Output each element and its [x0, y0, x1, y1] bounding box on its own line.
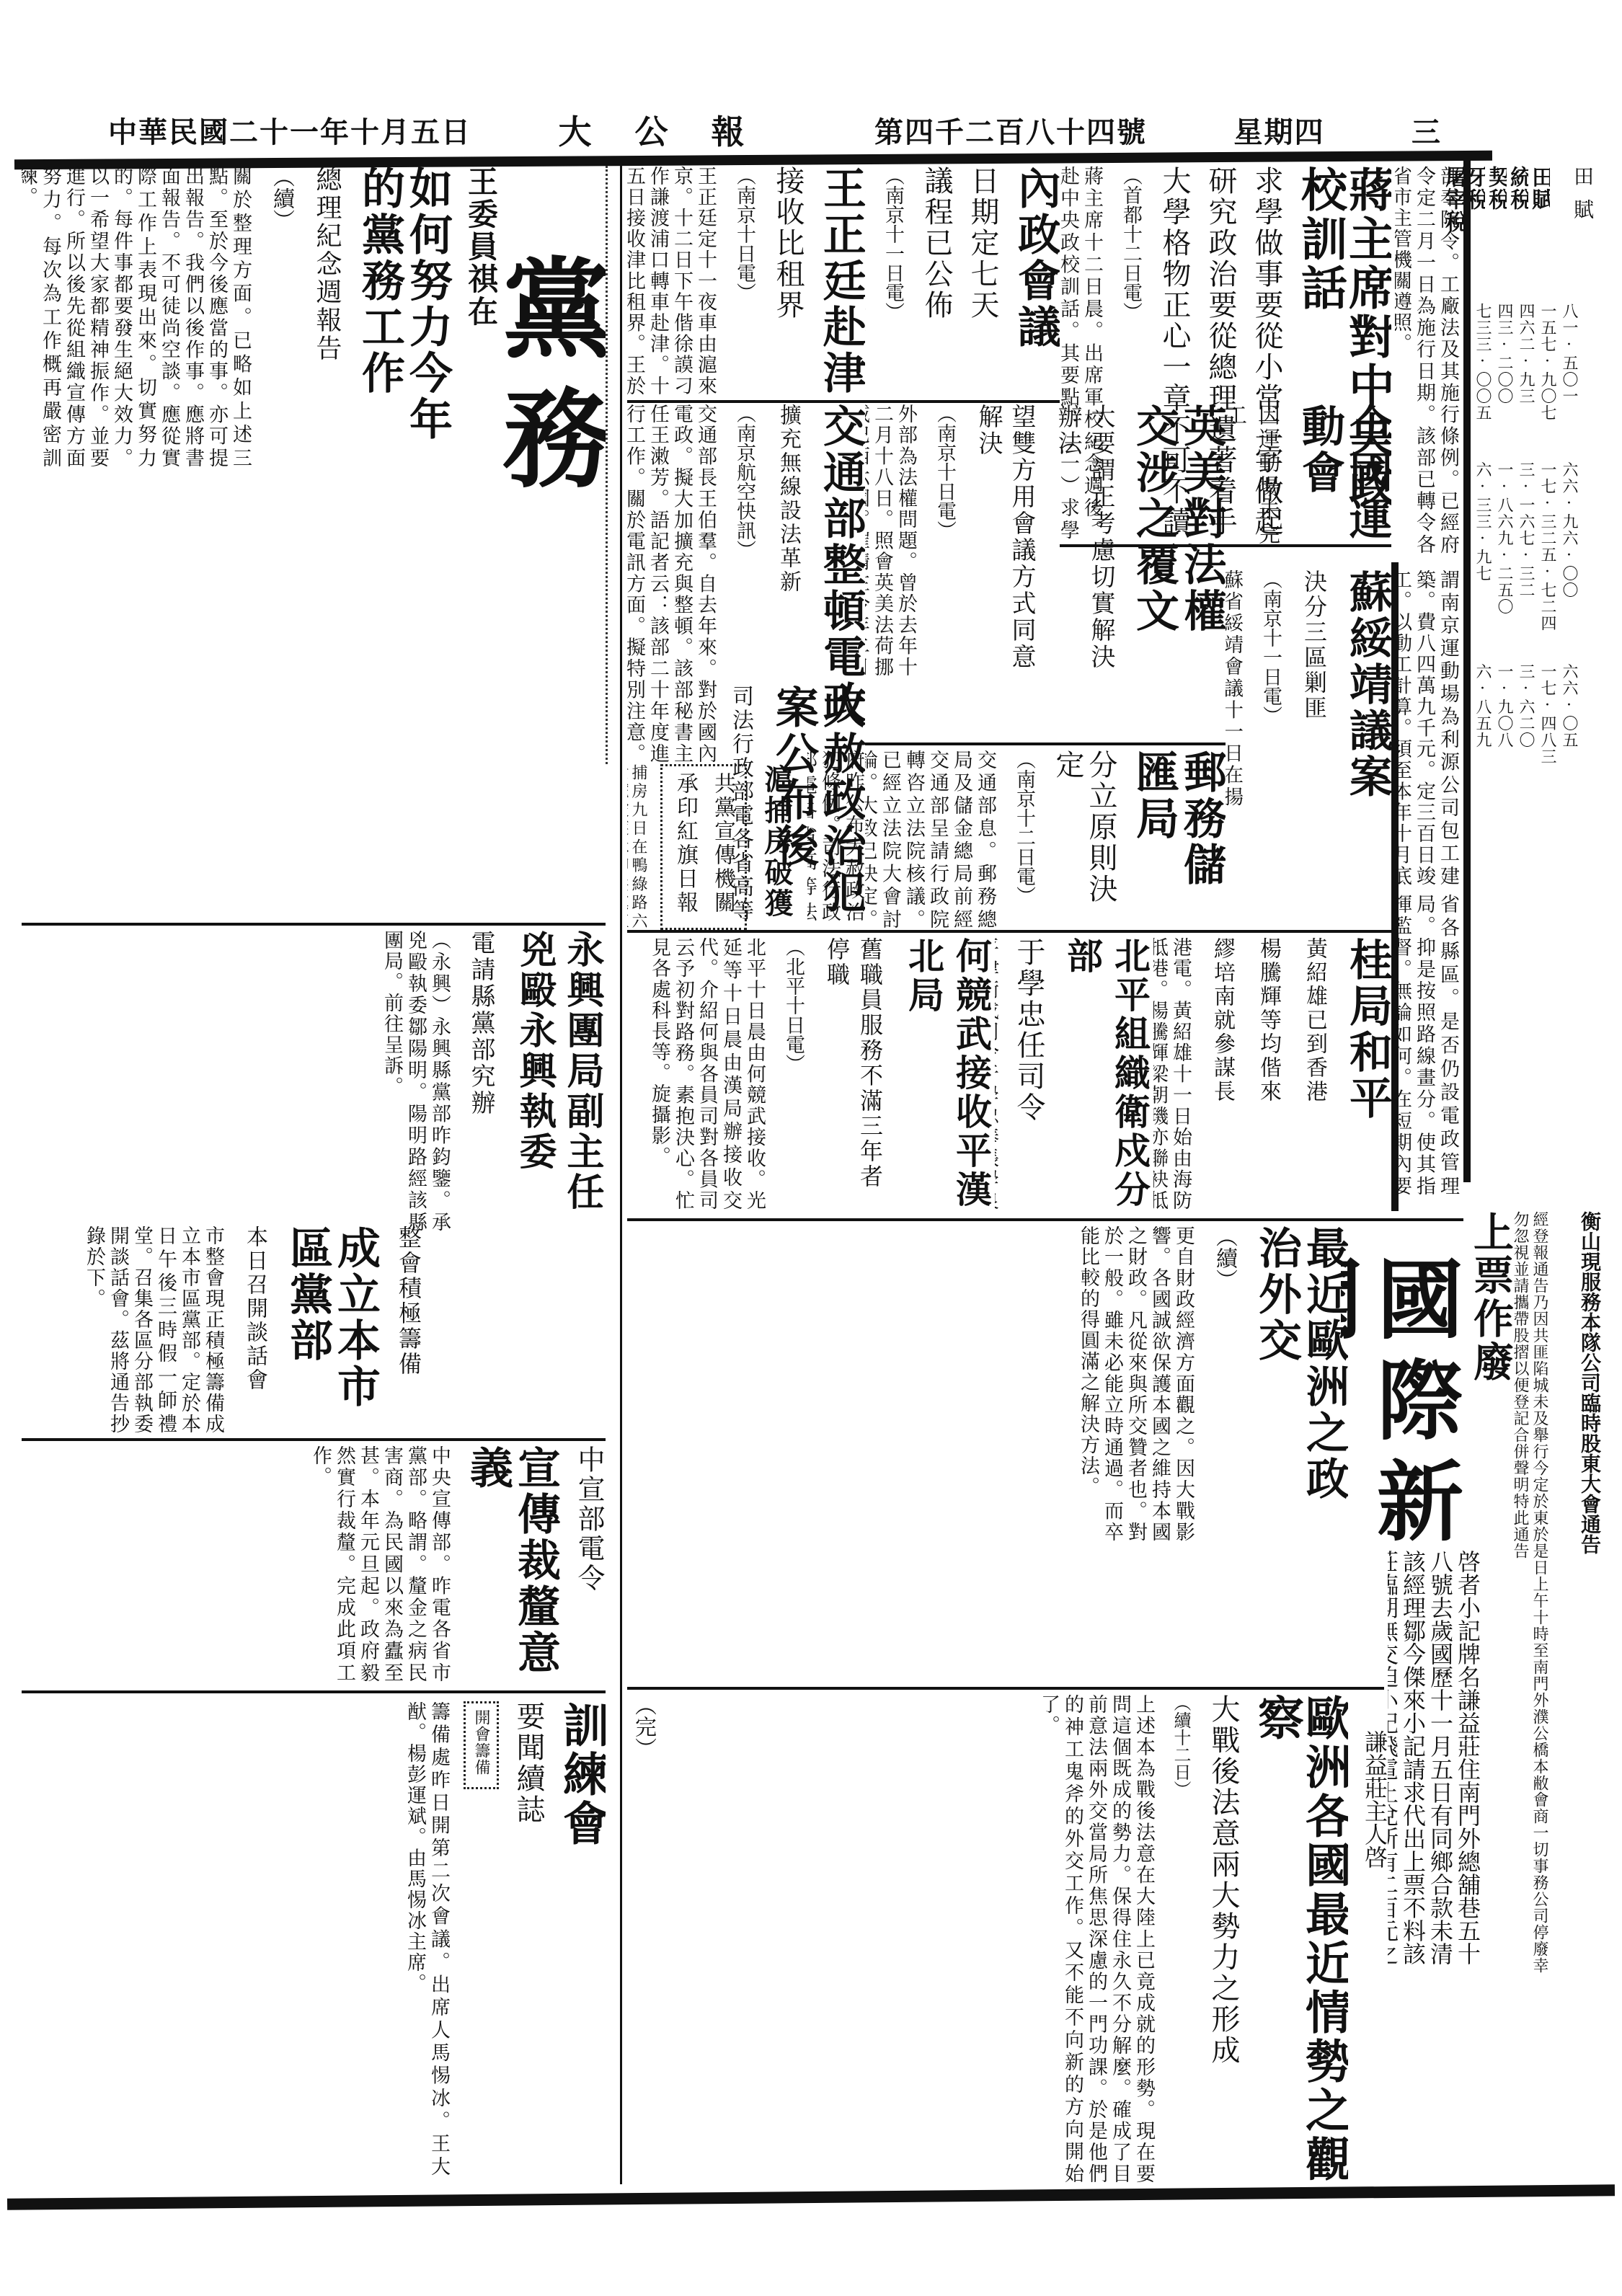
party-work-subhead: 總理紀念週報告 [310, 166, 343, 469]
europe-continued: （續十二日） [1169, 1694, 1194, 2184]
divider [22, 1690, 606, 1693]
postal-headline: 郵務儲匯局 [1130, 750, 1226, 930]
amnesty-body: 府昨公布大赦政治犯條例。司法行政部電各省高等法院。限七日內組織委員會開始辦理。具… [807, 750, 865, 923]
boxed-title-line: 承印紅旗日報 [668, 772, 701, 922]
tax-value: 三·一六七·三二 [1514, 461, 1535, 649]
article-pinghan: 何競武接收平漢北局 舊職員服務不滿三年者停職 （北平十日電） 北平十日晨由何競武… [627, 937, 995, 1211]
masthead-weekday: 星期四 [1234, 110, 1325, 151]
tax-categories: 田賦 [1568, 166, 1597, 232]
tax-value: 一七·四八三 [1535, 663, 1557, 807]
divider [22, 923, 606, 926]
telecom-body: 交通部長王伯羣。自去年來。對於國內電政。擬大加擴充與整頓。該部秘書主任王潄芳。語… [627, 404, 717, 764]
postal-dateline: （南京十二日電） [1010, 750, 1038, 930]
wang-headline: 王正廷赴津 [817, 166, 865, 396]
shanghai-raid-body: 捕房九日在鴨綠路六七號破獲承印共黨紅旗日報之大中印刷所。店員覺兒毆拒捕。鳴槍示 [627, 764, 647, 930]
article-intl: 最近歐洲之政治外交 （續） 更自財政經濟方面觀之。因大戰影響。各國誠欲保護本國之… [627, 1225, 1348, 1543]
neizheng-dateline: （南京十一日電） [879, 166, 907, 396]
extraterritoriality-dateline: （南京十日電） [931, 404, 959, 678]
europe-end-mark: （完） [627, 1694, 659, 2184]
yongxing-headline: 永興團局副主任兇毆永興執委 [510, 930, 606, 1233]
tax-value: 四三·二〇〇 [1492, 303, 1514, 447]
pinghan-dateline: （北平十日電） [779, 937, 807, 1211]
wang-dateline: （南京十日電） [730, 166, 758, 396]
article-wang: 王正廷赴津 接收比租界 （南京十日電） 王正廷定十一夜車由滬來京。十二日下午偕徐… [627, 166, 865, 396]
jiangsu-subhead: 決分三區剿匪 [1298, 569, 1331, 807]
extraterritoriality-headline: 英美對法權交涉之覆文 [1130, 404, 1226, 678]
tax-value: 六六·〇五 [1557, 663, 1579, 807]
article-neizheng: 內政會議 日期定七天 議程已公佈 （南京十一日電） 內政會議會員大致到齊。會議日… [865, 166, 1060, 396]
tax-value: 七三三·〇〇五 [1471, 303, 1492, 447]
europe-headline: 歐洲各國最近情勢之觀察 [1253, 1694, 1348, 2184]
shanghai-raid-headline: 滬捕房破獲 [760, 764, 793, 930]
factory-law-notice: 部奉院令。工廠法及其施行條例。已經府令定二月一日為施行日期。該部已轉令各省市主管… [1395, 166, 1460, 555]
intl-section-title: 國際新聞 [1341, 1254, 1463, 1600]
neizheng-headline: 內政會議 [1012, 166, 1060, 396]
training-headline: 訓練會 [558, 1701, 606, 2177]
ad-notice-signature: 謙益莊主人啓 [1362, 1730, 1391, 1896]
article-training: 訓練會 要聞續誌 開會籌備 籌備處昨日開第二次會議。出席人馬惕冰。王大猷。楊彭運… [22, 1701, 606, 2177]
tax-value: 三·六二〇 [1514, 663, 1535, 807]
article-guangxi: 桂局和平 黃紹雄已到香港 楊騰輝等均偕來 繆培南就參謀長 港電。黃紹雄十一日始由… [1153, 937, 1391, 1211]
district-party-subhead: 本日召開談話會 [238, 1225, 271, 1435]
extraterritoriality-body: 外部為法權問題。曾於去年十二月十八日。照會英美法荷挪威巴西六國。催請在今年二月一… [865, 404, 918, 678]
masthead: 三 星期四 第四千二百八十四號 大公報 中華民國二十一年十月五日 [108, 108, 1442, 151]
intl-body: 更自財政經濟方面觀之。因大戰影響。各國誠欲保護本國之維持本國之財政。凡從來與所交… [627, 1225, 1195, 1543]
sports-headline: 全國運動會 [1296, 404, 1391, 555]
guangxi-subhead: 楊騰輝等均偕來 [1251, 937, 1285, 1211]
yongxing-subhead: 電請縣黨部究辦 [464, 930, 497, 1233]
district-party-body: 市整會現正積極籌備成立本市區黨部。定於本日午後三時假一師禮堂。召集各區分部執委開… [22, 1225, 225, 1435]
propaganda-subhead: 中宣部電令 [572, 1445, 606, 1683]
masthead-issue-number: 第四千二百八十四號 [874, 110, 1147, 151]
garrison-body: 平津衛戍司令于學忠奉張學良令。在津實業廳舊址設衛戍分部。 [995, 937, 999, 1211]
article-garrison: 北平組織衛戍分部 于學忠任司令 平津衛戍司令于學忠奉張學良令。在津實業廳舊址設衛… [995, 937, 1153, 1211]
tax-value: 一五七·九〇七 [1535, 303, 1557, 447]
garrison-headline: 北平組織衛戍分部 [1058, 937, 1153, 1211]
propaganda-headline: 宣傳裁釐意義 [464, 1445, 559, 1683]
jiangsu-body: 蘇省綏靖會議十一日在揚州開會。省府主席除江梁冠英外。省府各民廳長均出席。議決分徐… [1226, 569, 1244, 807]
europe-body: 上述本為戰後法意在大陸上已竟成就的形勢。現在要問這個既成的勢力。保得住永久不分解… [672, 1694, 1156, 2184]
article-shanghai-raid: 滬捕房破獲 共黨宣傳機關 承印紅旗日報 捕房九日在鴨綠路六七號破獲承印共黨紅旗日… [627, 764, 793, 930]
article-yongxing: 永興團局副主任兇毆永興執委 電請縣黨部究辦 （永興）永興縣黨部昨鈞鑒。承兇毆執委… [22, 930, 606, 1233]
tax-value: 一七·三二五·七二四 [1535, 461, 1557, 649]
article-jiangsu: 蘇綏靖議案 決分三區剿匪 （南京十一日電） 蘇省綏靖會議十一日在揚州開會。省府主… [1226, 569, 1391, 807]
shanghai-raid-boxed-title: 共黨宣傳機關 承印紅旗日報 [660, 764, 747, 930]
tax-value: 八一·五〇一 [1557, 303, 1579, 447]
party-work-author: 王委員祺在 [464, 166, 497, 469]
party-work-body: 關於整理方面。已略如上述三點。至於今後應當的事。亦可提出報告。我們以後作事。應將… [22, 166, 252, 469]
masthead-page-number: 三 [1412, 110, 1442, 151]
tax-value: 一·八六九·二五〇 [1492, 461, 1514, 649]
pinghan-subhead: 舊職員服務不滿三年者停職 [820, 937, 887, 1211]
europe-subhead: 大戰後法意兩大勢力之形成 [1207, 1694, 1240, 2184]
masthead-date: 中華民國二十一年十月五日 [108, 110, 471, 151]
divider [22, 1438, 606, 1441]
divider [627, 1687, 1384, 1690]
party-work-continued: （續） [265, 166, 297, 469]
wang-subhead: 接收比租界 [771, 166, 805, 396]
pinghan-body: 北平十日晨由何競武接收。光延等十日晨由漢局辦接收交代。介紹何與各員司對各員司云予… [627, 937, 766, 1211]
article-extraterritoriality: 英美對法權交涉之覆文 大要謂正考慮切實解決辦法 望雙方用會議方式同意解決 （南京… [865, 404, 1226, 678]
intl-headline: 最近歐洲之政治外交 [1253, 1225, 1348, 1543]
yongxing-body: （永興）永興縣黨部昨鈞鑒。承兇毆執委鄒陽明。陽明路經該縣團局。前往呈訴。 [22, 930, 451, 1233]
district-party-subhead: 整會積極籌備 [392, 1225, 425, 1435]
ad-notice: 衡山現服務本隊公司臨時股東大會通告 經登報通告乃因共匪陷城未及舉行今定於東於是日… [1467, 1211, 1604, 1975]
jiangsu-dateline: （南京十一日電） [1257, 569, 1285, 807]
neizheng-subhead: 議程已公佈 [920, 166, 953, 396]
tax-category: 田賦 [1568, 166, 1597, 232]
district-party-headline: 成立本市區黨部 [284, 1225, 379, 1435]
article-district-party: 整會積極籌備 成立本市區黨部 本日召開談話會 市整會現正積極籌備成立本市區黨部。… [22, 1225, 425, 1435]
pinghan-headline: 何競武接收平漢北局 [900, 937, 995, 1211]
wang-body: 王正廷定十一夜車由滬來京。十二日下午偕徐謨刁作謙渡浦口轉車赴津。十五日接收津比租… [627, 166, 717, 396]
extraterritoriality-subhead: 大要謂正考慮切實解決辦法 [1051, 404, 1117, 678]
divider [627, 930, 1391, 933]
tax-value: 四六二·九三 [1514, 303, 1535, 447]
guangxi-headline: 桂局和平 [1344, 937, 1391, 1211]
guangxi-body: 港電。黃紹雄十一日始由海防抵港。楊騰輝梁朝璣亦聯袂抵港。桂局和平辦法即實現。上海… [1153, 937, 1192, 1211]
divider [865, 743, 1226, 745]
article-postal: 郵務儲匯局 分立原則決定 （南京十二日電） 交通部息。郵務總局及儲金總局前經交通… [865, 750, 1226, 930]
article-sports: 全國運動會 因運動場未完工 電張請移瀋舉行 教育會長王化一為全國運動會。函詢首都… [1226, 404, 1391, 555]
stadium-notice: 謂南京運動場為利源公司包工建築。費八四萬九千元。定三百日竣工。以動工計算。須至本… [1395, 569, 1460, 887]
article-propaganda: 中宣部電令 宣傳裁釐意義 中央宣傳部。昨電各省市黨部。略謂。釐金之病民害商。為民… [22, 1445, 606, 1683]
divider [627, 400, 1060, 403]
training-box: 開會籌備 [464, 1701, 499, 1789]
tax-value: 六·八五九 [1471, 663, 1492, 807]
jiangsu-headline: 蘇綏靖議案 [1344, 569, 1391, 807]
column-divider [1463, 159, 1471, 1182]
bottom-rule [7, 2184, 1615, 2209]
divider [627, 1218, 1463, 1221]
boxed-title-line: 共黨宣傳機關 [706, 772, 739, 922]
propaganda-body: 中央宣傳部。昨電各省市黨部。略謂。釐金之病民害商。為民國以來為蠹至甚。本年元旦起… [22, 1445, 451, 1683]
ad-company-body: 經登報通告乃因共匪陷城未及舉行今定於東於是日上午十時至南門外濮公橋本敝會商一切事… [1528, 1211, 1549, 1975]
party-work-headline: 如何努力今年的黨務工作 [356, 166, 451, 469]
decorative-border [606, 166, 610, 764]
ad-notice-body: 啓者小記牌名謙益莊住南門外總舖巷五十八號去歲國歷十一月五日有同鄉合款未清該經理鄒… [1388, 1550, 1481, 1968]
article-europe: 歐洲各國最近情勢之觀察 大戰後法意兩大勢力之形成 （續十二日） 上述本為戰後法意… [627, 1694, 1348, 2184]
neizheng-body: 內政會議會員大致到齊。會議日期定七天。議程已公布。部長任主席。次長任副主席。 [865, 166, 866, 396]
tax-value: 六六·九六·〇〇 [1557, 461, 1579, 649]
guangxi-subhead: 繆培南就參謀長 [1205, 937, 1238, 1211]
postal-body: 交通部息。郵務總局及儲金總局前經交通部呈請行政院轉咨立法院核議。已經立法院大會討… [865, 750, 997, 930]
ad-company-title: 衡山現服務本隊公司臨時股東大會通告 [1562, 1211, 1604, 1975]
post-admin-notice: 省各縣區。是否仍設電政管理局。抑是按照路線畫分。使其指揮監督。無論如何。在短期內… [1395, 894, 1460, 1197]
tax-value: 一·九〇八 [1492, 663, 1514, 807]
postal-subhead: 分立原則決定 [1051, 750, 1117, 930]
training-subhead: 要聞續誌 [512, 1701, 545, 2177]
garrison-subhead: 于學忠任司令 [1012, 937, 1045, 1211]
party-section-title: 黨務 [497, 252, 606, 757]
article-party-work: 王委員祺在 如何努力今年的黨務工作 總理紀念週報告 （續） 關於整理方面。已略如… [22, 166, 497, 469]
guangxi-subhead: 黃紹雄已到香港 [1298, 937, 1331, 1211]
intl-continued: （續） [1208, 1225, 1240, 1543]
sports-subhead: 因運動場未完工 [1226, 404, 1283, 555]
extraterritoriality-subhead: 望雙方用會議方式同意解決 [972, 404, 1038, 678]
tax-value: 六·三三·九七 [1471, 461, 1492, 649]
neizheng-subhead: 日期定七天 [966, 166, 999, 396]
column-divider [620, 166, 622, 2184]
training-body: 籌備處昨日開第二次會議。出席人馬惕冰。王大猷。楊彭運斌。由馬惕冰主席。 [22, 1701, 451, 2177]
masthead-paper-name: 大公報 [559, 106, 788, 154]
